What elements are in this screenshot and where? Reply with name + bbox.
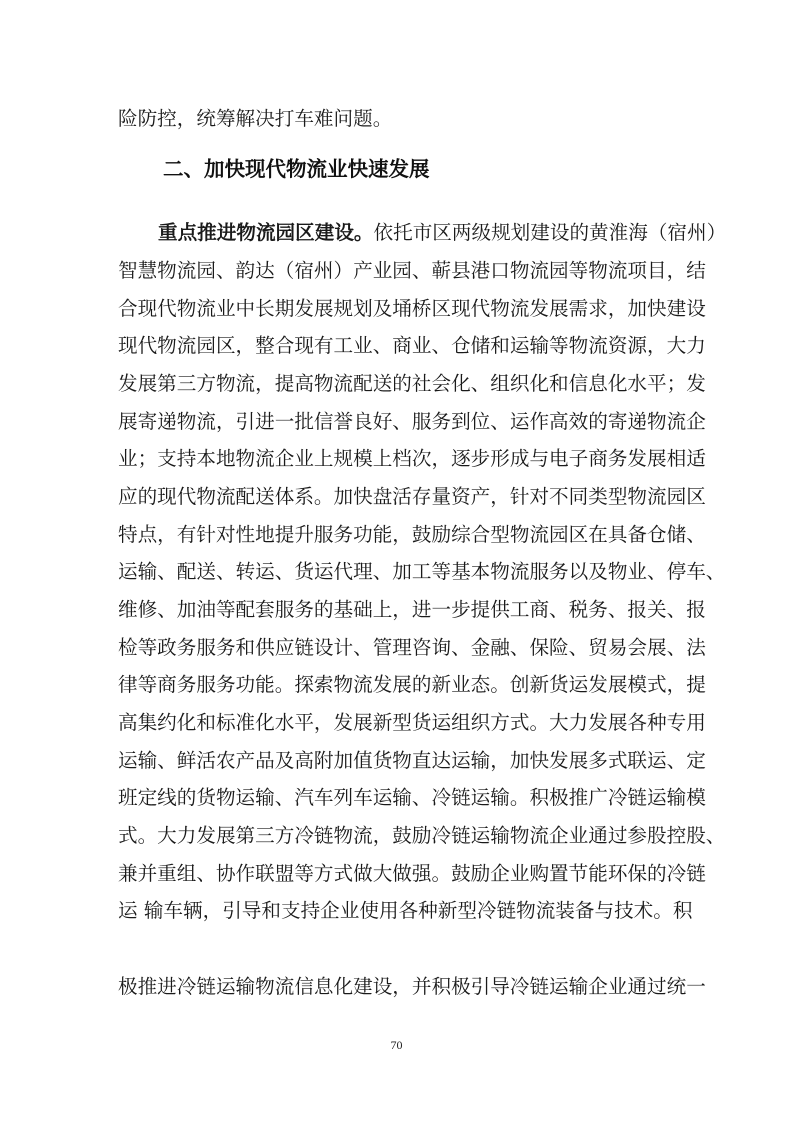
paragraph-line: 展寄递物流，引进一批信誉良好、服务到位、运作高效的寄递物流企 [118,410,678,434]
paragraph-line: 发展第三方物流，提高物流配送的社会化、组织化和信息化水平；发 [118,372,678,396]
paragraph-line: 智慧物流园、韵达（宿州）产业园、蕲县港口物流园等物流项目，结 [118,259,678,283]
paragraph-line: 维修、加油等配套服务的基础上，进一步提供工商、税务、报关、报 [118,598,678,622]
paragraph-line: 兼并重组、协作联盟等方式做大做强。鼓励企业购置节能环保的冷链 [118,862,678,886]
paragraph-line: 运输、鲜活农产品及高附加值货物直达运输，加快发展多式联运、定 [118,749,678,773]
paragraph-line: 班定线的货物运输、汽车列车运输、冷链运输。积极推广冷链运输模 [118,786,678,810]
paragraph-line: 业；支持本地物流企业上规模上档次，逐步形成与电子商务发展相适 [118,447,678,471]
paragraph-line: 应的现代物流配送体系。加快盘活存量资产，针对不同类型物流园区 [118,485,678,509]
paragraph-line: 运输、配送、转运、货运代理、加工等基本物流服务以及物业、停车、 [118,560,678,584]
paragraph-line-1-text: 依托市区两级规划建设的黄淮海（宿州） [374,221,727,244]
page-number: 70 [0,1038,793,1053]
paragraph-line: 现代物流园区，整合现有工业、商业、仓储和运输等物流资源，大力 [118,334,678,358]
paragraph-line: 律等商务服务功能。探索物流发展的新业态。创新货运发展模式，提 [118,673,678,697]
carryover-text-line: 险防控，统筹解决打车难问题。 [118,107,678,131]
paragraph-line: 式。大力发展第三方冷链物流，鼓励冷链运输物流企业通过参股控股、 [118,824,678,848]
paragraph-line: 合现代物流业中长期发展规划及埇桥区现代物流发展需求，加快建设 [118,297,678,321]
paragraph-line-1: 重点推进物流园区建设。依托市区两级规划建设的黄淮海（宿州） [158,221,678,245]
paragraph-line: 极推进冷链运输物流信息化建设，并积极引导冷链运输企业通过统一 [118,975,678,999]
paragraph-line: 特点，有针对性地提升服务功能，鼓励综合型物流园区在具备仓储、 [118,523,678,547]
section-heading: 二、加快现代物流业快速发展 [163,156,430,182]
paragraph-line: 高集约化和标准化水平，发展新型货运组织方式。大力发展各种专用 [118,711,678,735]
paragraph-lead-in: 重点推进物流园区建设。 [158,221,374,244]
paragraph-line: 运 输车辆，引导和支持企业使用各种新型冷链物流装备与技术。积 [118,899,678,923]
paragraph-line: 检等政务服务和供应链设计、管理咨询、金融、保险、贸易会展、法 [118,636,678,660]
